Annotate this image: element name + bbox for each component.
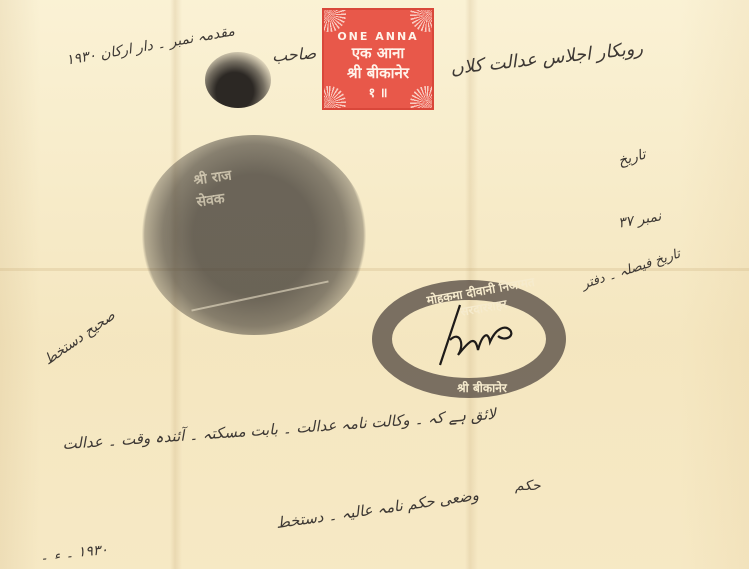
seal-line — [191, 280, 328, 311]
stamp-ornament-icon — [322, 8, 346, 32]
header-mid-text: صاحب — [271, 43, 316, 65]
large-round-seal: श्री राज सेवक — [140, 135, 368, 335]
large-seal-text: श्री राज सेवक — [192, 165, 236, 214]
stamp-bottom-line: १ ॥ — [324, 83, 432, 101]
small-round-seal — [205, 52, 271, 108]
signature-icon — [430, 300, 520, 370]
stamp-ornament-icon — [410, 8, 434, 32]
oval-seal-bottom-text: श्री बीकानेर — [412, 379, 552, 396]
stamp-hindi-line-2: श्री बीकानेर — [324, 63, 432, 83]
body-line-2: حکم — [515, 478, 541, 494]
stamp-hindi-line-1: एक आना — [324, 43, 432, 63]
revenue-stamp: ONE ANNA एक आना श्री बीकानेर १ ॥ — [322, 8, 434, 110]
stamp-denomination: ONE ANNA — [324, 30, 432, 43]
